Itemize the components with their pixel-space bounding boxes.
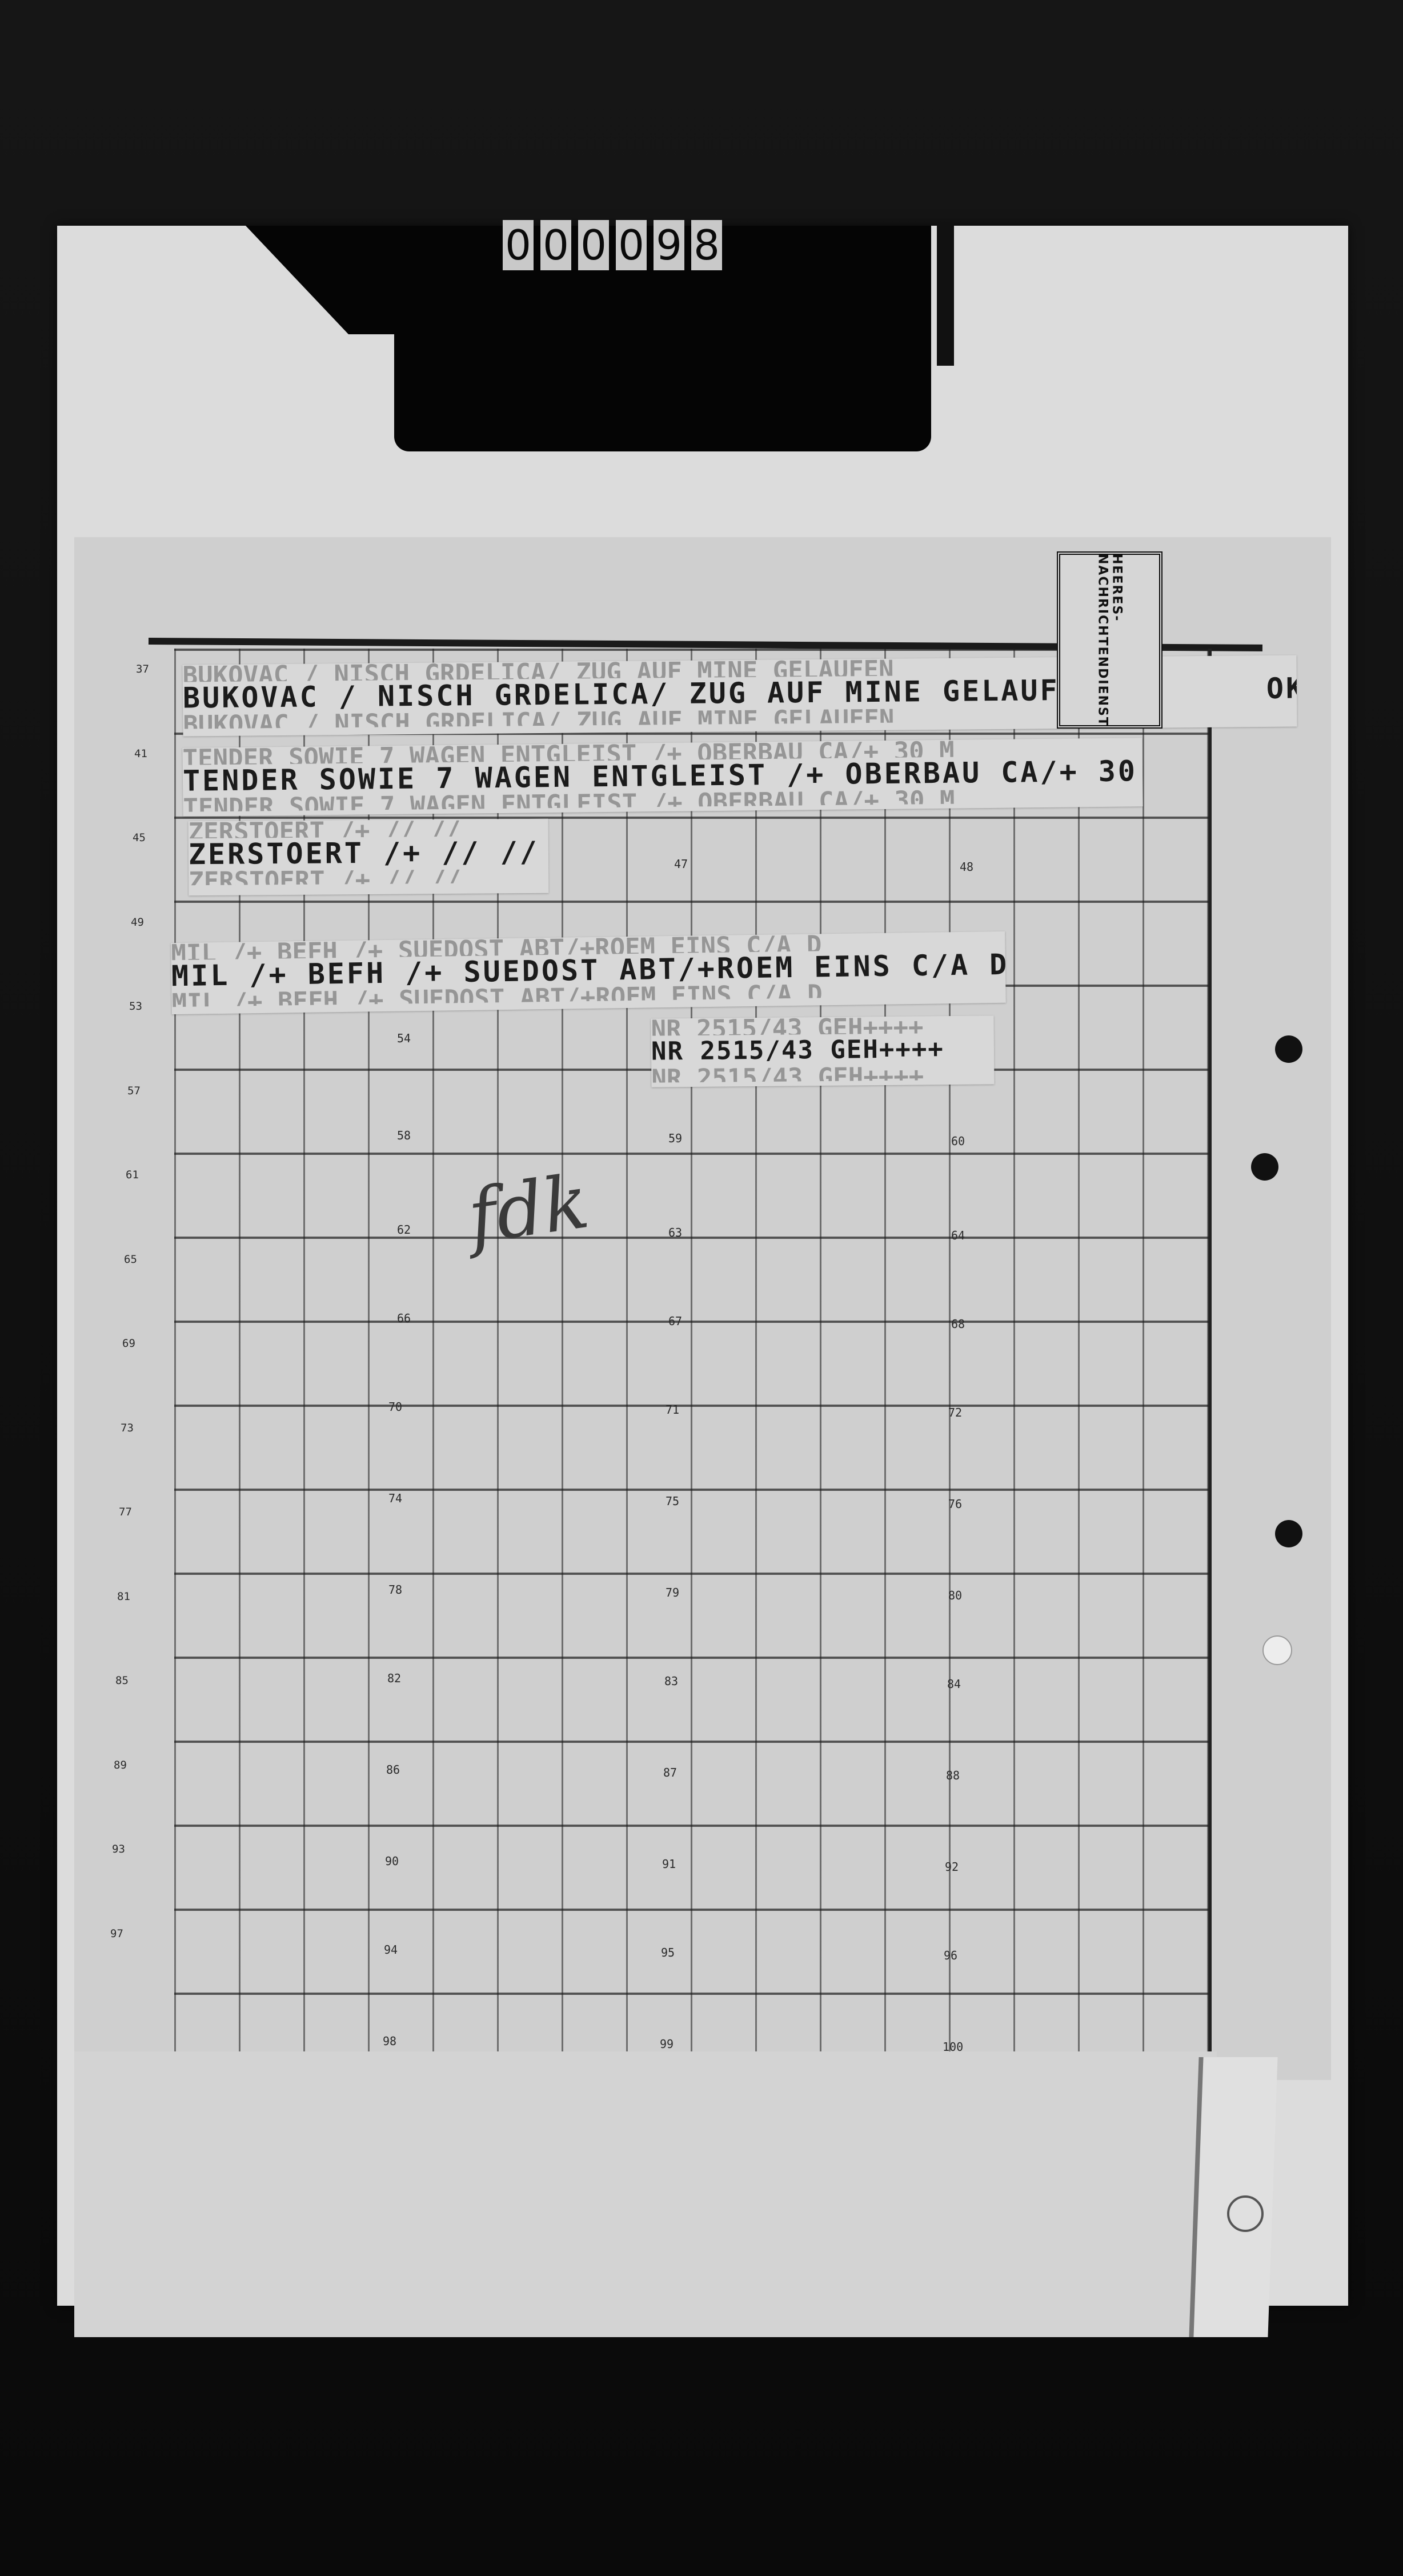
handwritten-initials: fdk xyxy=(463,1158,594,1261)
cell-number: 78 xyxy=(388,1583,402,1597)
service-label-text: HEERES-NACHRICHTENDIENST xyxy=(1096,554,1124,727)
cell-number: 83 xyxy=(664,1674,678,1688)
cell-number: 74 xyxy=(388,1491,402,1505)
row-number: 37 xyxy=(136,663,149,675)
cell-number: 96 xyxy=(944,1949,957,1962)
punch-hole xyxy=(1262,1635,1292,1665)
cell-number: 76 xyxy=(948,1497,962,1511)
form-bottom-margin xyxy=(74,2051,1217,2337)
cell-number: 86 xyxy=(386,1763,400,1777)
cell-number: 47 xyxy=(674,857,688,871)
row-number: 69 xyxy=(122,1337,135,1350)
cell-number: 48 xyxy=(960,860,973,874)
cell-number: 90 xyxy=(385,1854,399,1868)
folded-tab xyxy=(1189,2057,1277,2337)
teletype-strip-3: ZERSTOERT /+ // // ZERSTOERT /+ // // ZE… xyxy=(189,819,549,895)
cell-number: 60 xyxy=(951,1134,965,1148)
cell-number: 92 xyxy=(945,1860,959,1874)
cell-number: 72 xyxy=(948,1406,962,1419)
cell-number: 80 xyxy=(948,1589,962,1602)
punch-hole xyxy=(1275,1520,1302,1547)
teletype-strip-4: MIL /+ BEFH /+ SUEDOST ABT/+ROEM EINS C/… xyxy=(171,931,1006,1014)
strip-ghost-text: ZERSTOERT /+ // // xyxy=(189,868,548,885)
punch-hole xyxy=(1275,1035,1302,1063)
row-number: 57 xyxy=(127,1085,141,1097)
cell-number: 91 xyxy=(662,1857,676,1871)
cell-number: 64 xyxy=(951,1229,965,1242)
cell-number: 68 xyxy=(951,1317,965,1331)
counter-digit: 9 xyxy=(654,220,684,270)
frame-counter: 0 0 0 0 9 8 xyxy=(503,220,722,270)
cell-number: 84 xyxy=(947,1677,961,1691)
row-number: 85 xyxy=(115,1674,129,1687)
cell-number: 88 xyxy=(946,1769,960,1782)
strip-ghost-text: NR 2515/43 GEH++++ xyxy=(651,1065,994,1082)
service-label: HEERES-NACHRICHTENDIENST xyxy=(1057,551,1163,729)
counter-digit: 8 xyxy=(691,220,722,270)
row-number: 93 xyxy=(112,1843,125,1855)
teletype-strip-2: TENDER SOWIE 7 WAGEN ENTGLEIST /+ OBERBA… xyxy=(182,738,1143,817)
counter-digit: 0 xyxy=(503,220,534,270)
cell-number: 79 xyxy=(666,1586,679,1599)
cell-number: 58 xyxy=(397,1129,411,1142)
cell-number: 82 xyxy=(387,1671,401,1685)
row-number: 49 xyxy=(131,916,144,929)
cell-number: 87 xyxy=(663,1766,677,1779)
cell-number: 94 xyxy=(384,1943,398,1957)
cell-number: 62 xyxy=(397,1223,411,1237)
row-number: 65 xyxy=(124,1253,137,1266)
cell-number: 71 xyxy=(666,1403,679,1417)
cell-number: 63 xyxy=(668,1226,682,1239)
cell-number: 70 xyxy=(388,1400,402,1414)
clip-pin xyxy=(937,223,954,366)
row-number: 77 xyxy=(119,1506,132,1518)
row-number: 89 xyxy=(114,1759,127,1771)
cell-number: 59 xyxy=(668,1131,682,1145)
strip-text: NR 2515/43 GEH++++ xyxy=(651,1033,994,1067)
row-number: 41 xyxy=(134,747,147,760)
counter-digit: 0 xyxy=(540,220,571,270)
cell-number: 95 xyxy=(661,1946,675,1959)
row-number: 61 xyxy=(126,1169,139,1181)
cell-number: 98 xyxy=(383,2034,396,2048)
cell-number: 99 xyxy=(660,2037,674,2051)
row-number: 81 xyxy=(117,1590,130,1603)
cell-number: 75 xyxy=(666,1494,679,1508)
counter-digit: 0 xyxy=(616,220,647,270)
row-number: 97 xyxy=(110,1927,123,1940)
teletype-strip-5: NR 2515/43 GEH++++ NR 2515/43 GEH++++ NR… xyxy=(651,1015,994,1087)
cell-number: 66 xyxy=(397,1311,411,1325)
row-number: 53 xyxy=(129,1000,142,1013)
row-number: 73 xyxy=(121,1422,134,1434)
counter-digit: 0 xyxy=(578,220,609,270)
strip-text: ZERSTOERT /+ // // xyxy=(189,836,548,870)
cell-number: 54 xyxy=(397,1031,411,1045)
fold-circle-mark xyxy=(1227,2195,1264,2232)
punch-hole xyxy=(1251,1153,1278,1181)
row-number: 45 xyxy=(133,831,146,844)
cell-number: 67 xyxy=(668,1314,682,1328)
